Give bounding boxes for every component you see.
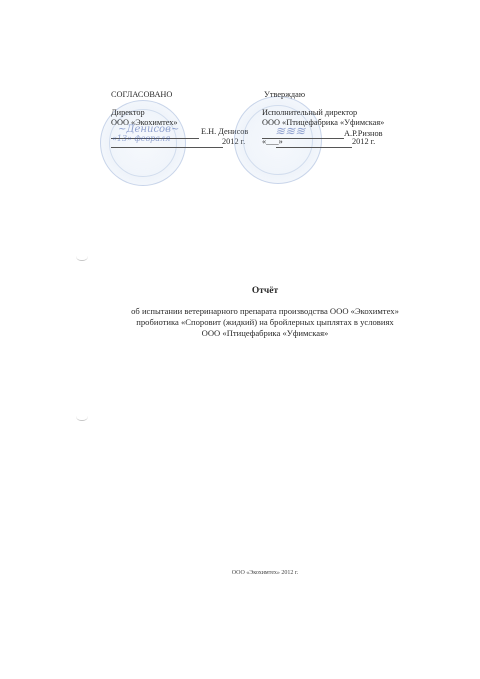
date-prefix-right: «___» [262,137,283,147]
document-subtitle: об испытании ветеринарного препарата про… [110,306,420,338]
punch-hole-bottom [76,416,88,421]
signature-right: ≋≋≋ [275,124,305,138]
subtitle-line-1: об испытании ветеринарного препарата про… [110,306,420,317]
position-right: Исполнительный директор [262,108,357,118]
year-right: 2012 г. [352,137,375,147]
document-title: Отчёт [0,286,480,296]
handwritten-date-left: «13» февраля [112,134,170,143]
date-line-left [111,147,223,148]
approval-heading-left: СОГЛАСОВАНО [111,90,172,100]
date-line-right [276,147,352,148]
position-left: Директор [111,108,145,118]
document-footer: ООО «Экохимтех» 2012 г. [200,570,330,576]
punch-hole-top [76,256,88,261]
subtitle-line-3: ООО «Птицефабрика «Уфимская» [110,328,420,339]
approval-heading-right: Утверждаю [264,90,305,100]
subtitle-line-2: пробиотика «Споровит (жидкий) на бройлер… [110,317,420,328]
